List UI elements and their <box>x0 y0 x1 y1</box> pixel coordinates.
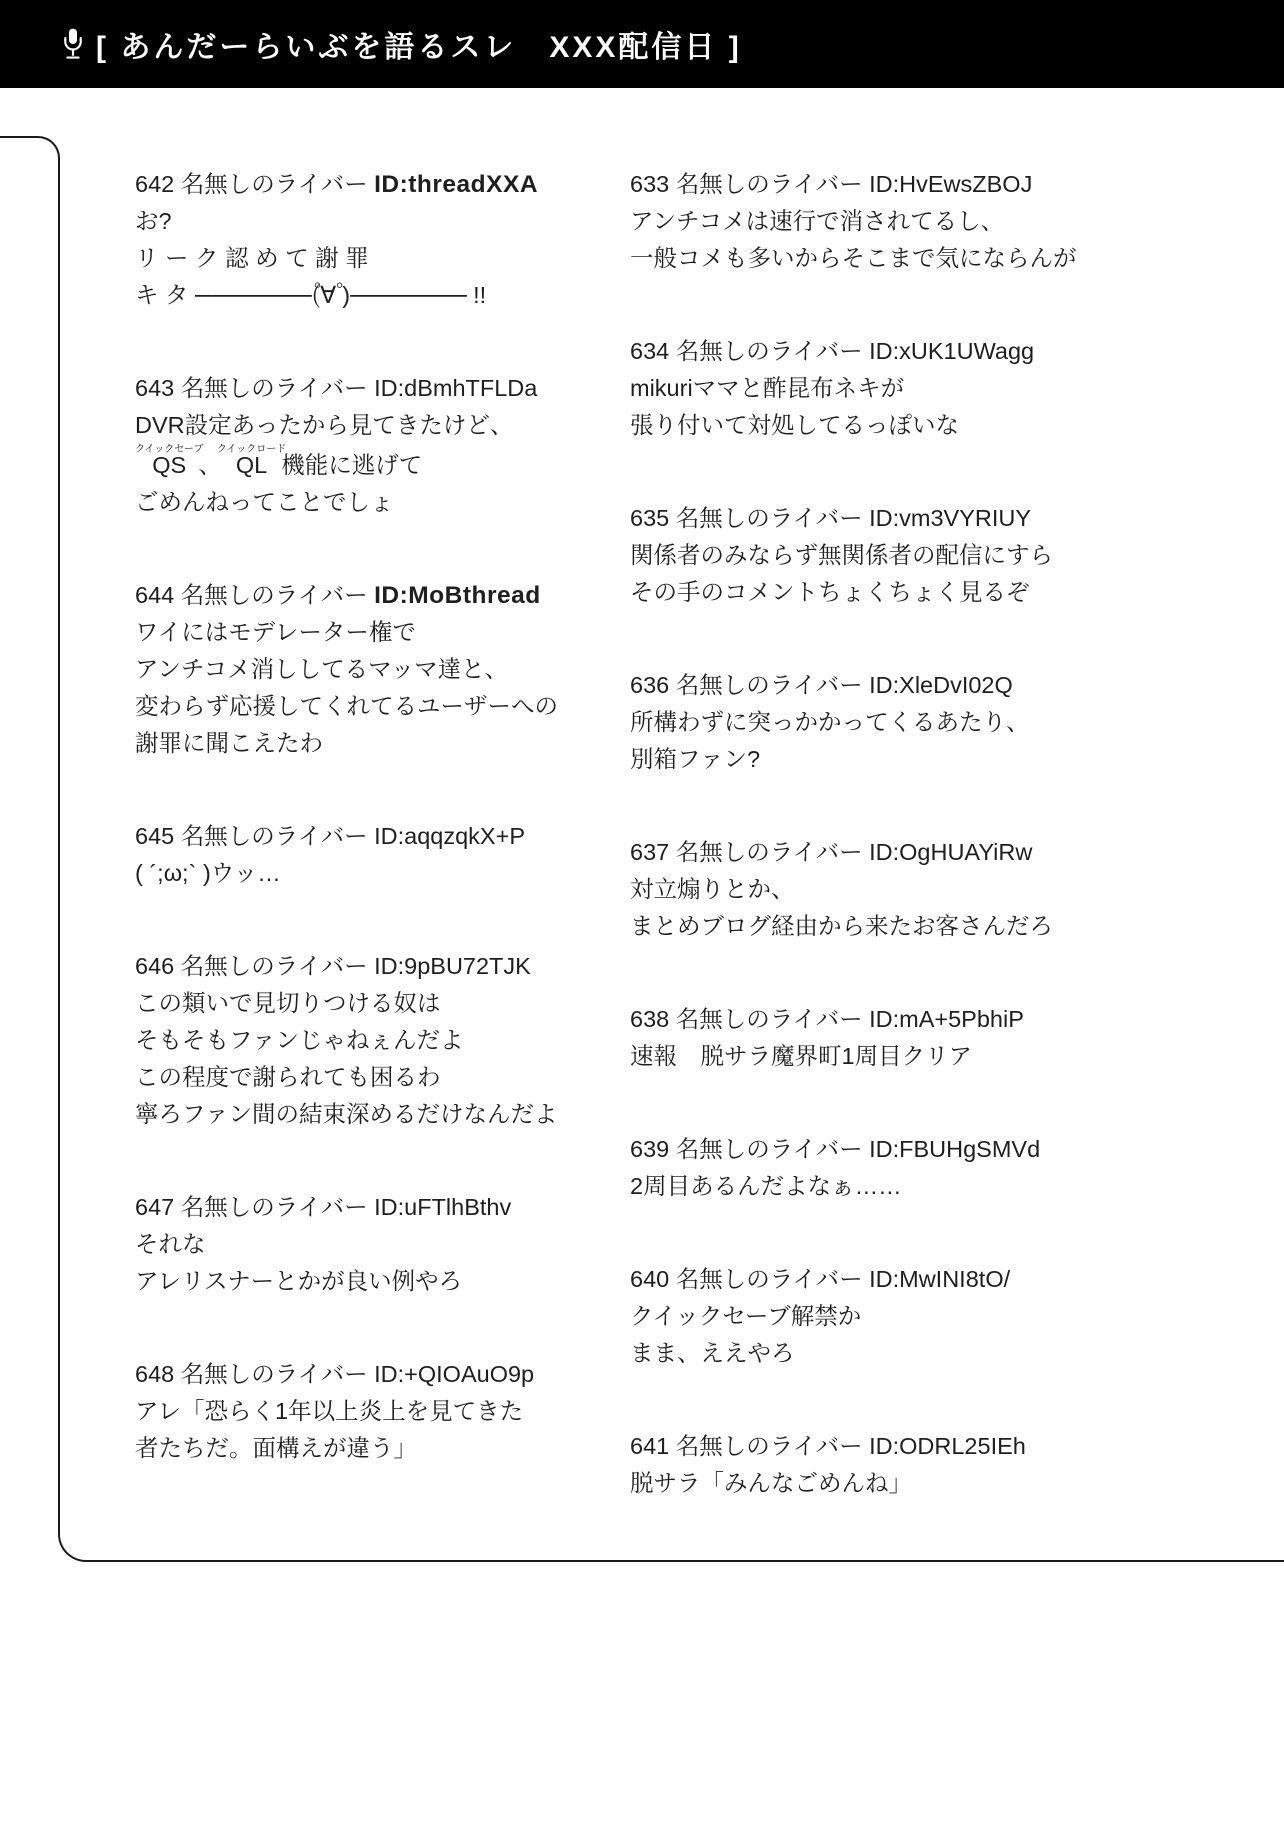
post-number: 635 <box>630 505 669 531</box>
post-id: ID:MwINI8tO/ <box>869 1266 1010 1292</box>
post-line: それな <box>135 1226 607 1263</box>
post-header: 639 名無しのライバー ID:FBUHgSMVd <box>630 1131 1114 1168</box>
post-line: この程度で謝られても困るわ <box>135 1059 607 1096</box>
post-number: 641 <box>630 1433 669 1459</box>
post-line: 一般コメも多いからそこまで気にならんが <box>630 240 1114 277</box>
post-id: ID:aqqzqkX+P <box>374 823 525 849</box>
post-line: 対立煽りとか、 <box>630 871 1114 908</box>
post-number: 634 <box>630 338 669 364</box>
post-number: 637 <box>630 839 669 865</box>
thread-post: 644 名無しのライバー ID:MoBthreadワイにはモデレーター権でアンチ… <box>135 577 607 762</box>
post-number: 640 <box>630 1266 669 1292</box>
post-line: その手のコメントちょくちょく見るぞ <box>630 574 1114 611</box>
thread-post: 640 名無しのライバー ID:MwINI8tO/クイックセーブ解禁かまま、ええ… <box>630 1261 1114 1372</box>
post-author: 名無しのライバー <box>181 375 368 401</box>
post-author: 名無しのライバー <box>676 839 863 865</box>
post-line: まま、ええやろ <box>630 1335 1114 1372</box>
post-line: クイックセーブ解禁か <box>630 1298 1114 1335</box>
thread-post: 638 名無しのライバー ID:mA+5PbhiP速報 脱サラ魔界町1周目クリア <box>630 1001 1114 1075</box>
post-line: 脱サラ「みんなごめんね」 <box>630 1465 1114 1502</box>
post-author: 名無しのライバー <box>676 1136 863 1162</box>
thread-post: 639 名無しのライバー ID:FBUHgSMVd2周目あるんだよなぁ…… <box>630 1131 1114 1205</box>
post-number: 648 <box>135 1361 174 1387</box>
thread-post: 635 名無しのライバー ID:vm3VYRIUY関係者のみならず無関係者の配信… <box>630 500 1114 611</box>
post-line: キ タ ───────(゚∀ ゚)─────── !! <box>135 277 607 314</box>
post-line: mikuriママと酢昆布ネキが <box>630 370 1114 407</box>
post-header: 642 名無しのライバー ID:threadXXA <box>135 166 607 203</box>
post-number: 642 <box>135 171 174 197</box>
thread-title-bar: [ あんだーらいぶを語るスレ XXX配信日 ] <box>0 0 1284 88</box>
post-line: お? <box>135 203 607 240</box>
post-line: 2周目あるんだよなぁ…… <box>630 1168 1114 1205</box>
post-header: 648 名無しのライバー ID:+QIOAuO9p <box>135 1356 607 1393</box>
post-author: 名無しのライバー <box>181 171 368 197</box>
post-header: 647 名無しのライバー ID:uFTlhBthv <box>135 1189 607 1226</box>
thread-post: 641 名無しのライバー ID:ODRL25IEh脱サラ「みんなごめんね」 <box>630 1428 1114 1502</box>
post-id: ID:threadXXA <box>374 171 538 198</box>
post-header: 638 名無しのライバー ID:mA+5PbhiP <box>630 1001 1114 1038</box>
post-line: ごめんねってことでしょ <box>135 484 607 521</box>
post-id: ID:dBmhTFLDa <box>374 375 537 401</box>
post-line: 所構わずに突っかかってくるあたり、 <box>630 704 1114 741</box>
post-header: 635 名無しのライバー ID:vm3VYRIUY <box>630 500 1114 537</box>
thread-post: 642 名無しのライバー ID:threadXXAお?リ ー ク 認 め て 謝… <box>135 166 607 314</box>
post-line: 者たちだ。面構えが違う」 <box>135 1430 607 1467</box>
thread-post: 647 名無しのライバー ID:uFTlhBthvそれなアレリスナーとかが良い例… <box>135 1189 607 1300</box>
post-author: 名無しのライバー <box>676 171 863 197</box>
post-id: ID:MoBthread <box>374 582 541 609</box>
post-header: 640 名無しのライバー ID:MwINI8tO/ <box>630 1261 1114 1298</box>
post-id: ID:mA+5PbhiP <box>869 1006 1024 1032</box>
thread-post: 634 名無しのライバー ID:xUK1UWaggmikuriママと酢昆布ネキが… <box>630 333 1114 444</box>
post-header: 641 名無しのライバー ID:ODRL25IEh <box>630 1428 1114 1465</box>
post-line: まとめブログ経由から来たお客さんだろ <box>630 908 1114 945</box>
post-line: リ ー ク 認 め て 謝 罪 <box>135 240 607 277</box>
post-line: この類いで見切りつける奴は <box>135 985 607 1022</box>
post-author: 名無しのライバー <box>181 1361 368 1387</box>
post-id: ID:9pBU72TJK <box>374 953 531 979</box>
post-id: ID:ODRL25IEh <box>869 1433 1026 1459</box>
post-line: アレリスナーとかが良い例やろ <box>135 1263 607 1300</box>
post-line: 張り付いて対処してるっぽいな <box>630 407 1114 444</box>
post-line: 変わらず応援してくれてるユーザーへの <box>135 688 607 725</box>
post-line: QSクイックセーブ、QLクイックロード機能に逃げて <box>135 444 607 484</box>
post-author: 名無しのライバー <box>181 823 368 849</box>
post-line: 別箱ファン? <box>630 741 1114 778</box>
thread-post: 648 名無しのライバー ID:+QIOAuO9pアレ「恐らく1年以上炎上を見て… <box>135 1356 607 1467</box>
post-line: ( ´;ω;` )ウッ… <box>135 855 607 892</box>
ruby-text: QLクイックロード <box>222 452 281 478</box>
post-header: 633 名無しのライバー ID:HvEwsZBOJ <box>630 166 1114 203</box>
post-line: アンチコメは速行で消されてるし、 <box>630 203 1114 240</box>
post-number: 643 <box>135 375 174 401</box>
ruby-text: QSクイックセーブ <box>135 452 198 478</box>
microphone-icon <box>62 27 84 61</box>
post-line: DVR設定あったから見てきたけど、 <box>135 407 607 444</box>
thread-post: 646 名無しのライバー ID:9pBU72TJKこの類いで見切りつける奴はそも… <box>135 948 607 1133</box>
post-author: 名無しのライバー <box>676 505 863 531</box>
post-id: ID:uFTlhBthv <box>374 1194 511 1220</box>
post-author: 名無しのライバー <box>676 672 863 698</box>
post-line: アレ「恐らく1年以上炎上を見てきた <box>135 1393 607 1430</box>
post-line: 関係者のみならず無関係者の配信にすら <box>630 537 1114 574</box>
thread-post: 643 名無しのライバー ID:dBmhTFLDaDVR設定あったから見てきたけ… <box>135 370 607 521</box>
post-id: ID:HvEwsZBOJ <box>869 171 1032 197</box>
post-id: ID:+QIOAuO9p <box>374 1361 534 1387</box>
novel-thread-page: [ あんだーらいぶを語るスレ XXX配信日 ] 642 名無しのライバー ID:… <box>0 0 1284 1826</box>
thread-column-right: 633 名無しのライバー ID:HvEwsZBOJアンチコメは速行で消されてるし… <box>630 166 1114 1558</box>
thread-post: 637 名無しのライバー ID:OgHUAYiRw対立煽りとか、まとめブログ経由… <box>630 834 1114 945</box>
post-author: 名無しのライバー <box>181 1194 368 1220</box>
post-id: ID:FBUHgSMVd <box>869 1136 1040 1162</box>
post-line: 寧ろファン間の結束深めるだけなんだよ <box>135 1096 607 1133</box>
post-header: 636 名無しのライバー ID:XleDvI02Q <box>630 667 1114 704</box>
post-id: ID:OgHUAYiRw <box>869 839 1032 865</box>
post-number: 644 <box>135 582 174 608</box>
post-line: ワイにはモデレーター権で <box>135 614 607 651</box>
post-header: 643 名無しのライバー ID:dBmhTFLDa <box>135 370 607 407</box>
post-author: 名無しのライバー <box>676 1006 863 1032</box>
post-header: 646 名無しのライバー ID:9pBU72TJK <box>135 948 607 985</box>
post-line: アンチコメ消ししてるマッマ達と、 <box>135 651 607 688</box>
post-number: 636 <box>630 672 669 698</box>
post-line: 謝罪に聞こえたわ <box>135 725 607 762</box>
thread-column-left: 642 名無しのライバー ID:threadXXAお?リ ー ク 認 め て 謝… <box>135 166 607 1523</box>
post-line: そもそもファンじゃねぇんだよ <box>135 1022 607 1059</box>
post-id: ID:XleDvI02Q <box>869 672 1013 698</box>
post-number: 647 <box>135 1194 174 1220</box>
post-author: 名無しのライバー <box>181 582 368 608</box>
post-number: 633 <box>630 171 669 197</box>
panel-frame-top-corner <box>0 136 60 206</box>
post-author: 名無しのライバー <box>181 953 368 979</box>
post-number: 645 <box>135 823 174 849</box>
post-author: 名無しのライバー <box>676 338 863 364</box>
post-header: 645 名無しのライバー ID:aqqzqkX+P <box>135 818 607 855</box>
post-author: 名無しのライバー <box>676 1433 863 1459</box>
post-id: ID:xUK1UWagg <box>869 338 1034 364</box>
post-line: 速報 脱サラ魔界町1周目クリア <box>630 1038 1114 1075</box>
thread-post: 636 名無しのライバー ID:XleDvI02Q所構わずに突っかかってくるあた… <box>630 667 1114 778</box>
post-header: 637 名無しのライバー ID:OgHUAYiRw <box>630 834 1114 871</box>
post-id: ID:vm3VYRIUY <box>869 505 1031 531</box>
post-number: 639 <box>630 1136 669 1162</box>
post-number: 646 <box>135 953 174 979</box>
thread-title: [ あんだーらいぶを語るスレ XXX配信日 ] <box>96 22 742 66</box>
post-header: 634 名無しのライバー ID:xUK1UWagg <box>630 333 1114 370</box>
post-number: 638 <box>630 1006 669 1032</box>
thread-post: 645 名無しのライバー ID:aqqzqkX+P( ´;ω;` )ウッ… <box>135 818 607 892</box>
post-header: 644 名無しのライバー ID:MoBthread <box>135 577 607 614</box>
thread-post: 633 名無しのライバー ID:HvEwsZBOJアンチコメは速行で消されてるし… <box>630 166 1114 277</box>
post-author: 名無しのライバー <box>676 1266 863 1292</box>
